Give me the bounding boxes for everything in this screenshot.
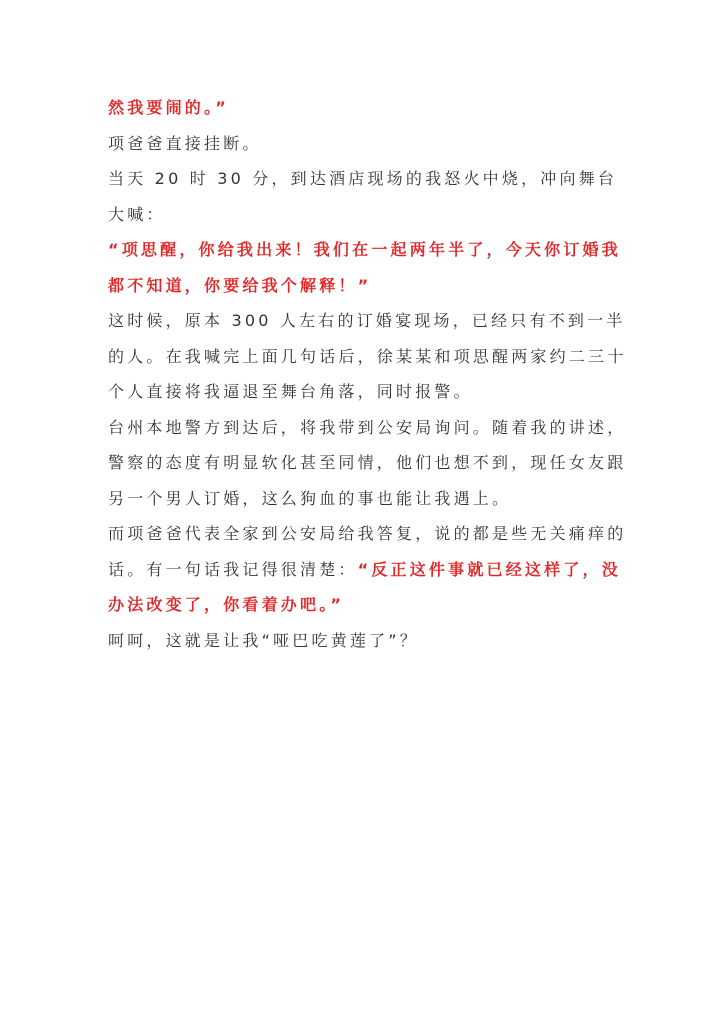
document-page: 然我要闹的。” 项爸爸直接挂断。 当天 20 时 30 分，到达酒店现场的我怒火… (108, 90, 628, 658)
paragraph-quote-end: 然我要闹的。” (108, 90, 628, 126)
paragraph-arrival: 当天 20 时 30 分，到达酒店现场的我怒火中烧，冲向舞台大喊： (108, 161, 628, 232)
body-text: 呵呵，这就是让我“哑巴吃黄莲了”？ (108, 631, 419, 650)
paragraph-closing: 呵呵，这就是让我“哑巴吃黄莲了”？ (108, 623, 628, 659)
body-text: 当天 20 时 30 分，到达酒店现场的我怒火中烧，冲向舞台大喊： (108, 169, 617, 224)
body-text: 这时候，原本 300 人左右的订婚宴现场，已经只有不到一半的人。在我喊完上面几句… (108, 311, 626, 401)
body-text: 项爸爸直接挂断。 (108, 134, 262, 153)
paragraph-hang-up: 项爸爸直接挂断。 (108, 126, 628, 162)
red-quote-text: “项思醒，你给我出来！我们在一起两年半了，今天你订婚我都不知道，你要给我个解释！… (108, 240, 621, 295)
paragraph-police: 台州本地警方到达后，将我带到公安局询问。随着我的讲述，警察的态度有明显软化甚至同… (108, 410, 628, 517)
paragraph-shout: “项思醒，你给我出来！我们在一起两年半了，今天你订婚我都不知道，你要给我个解释！… (108, 232, 628, 303)
paragraph-scene: 这时候，原本 300 人左右的订婚宴现场，已经只有不到一半的人。在我喊完上面几句… (108, 303, 628, 410)
body-text: 台州本地警方到达后，将我带到公安局询问。随着我的讲述，警察的态度有明显软化甚至同… (108, 418, 626, 508)
paragraph-reply: 而项爸爸代表全家到公安局给我答复，说的都是些无关痛痒的话。有一句话我记得很清楚：… (108, 516, 628, 623)
red-quote-text: 然我要闹的。” (108, 98, 229, 117)
